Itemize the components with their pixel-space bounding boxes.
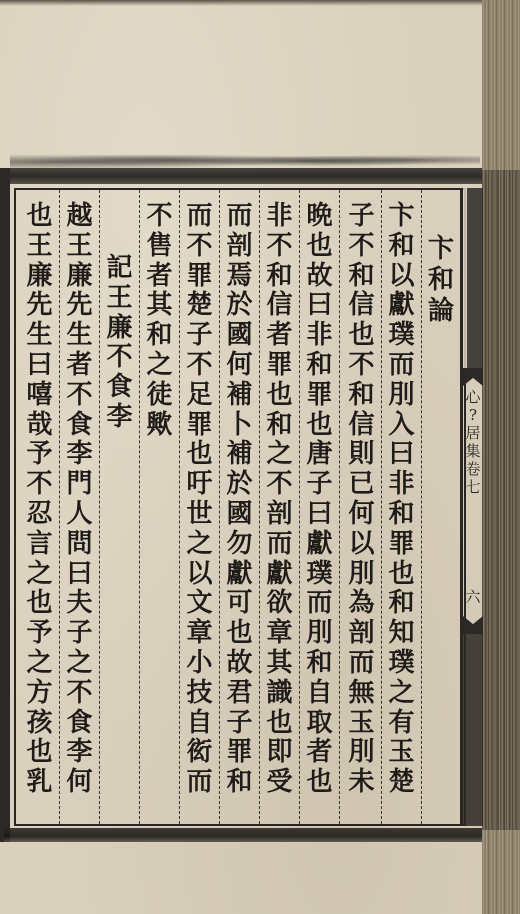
character: 不 [348,232,374,262]
character: 也 [226,619,252,649]
character: 玉 [388,738,414,768]
character: 子 [186,321,212,351]
column-text: 卞和以獻璞而刖入曰非和罪也和知璞之有玉楚 [388,202,414,798]
character: 則 [348,440,374,470]
character: 非 [266,202,292,232]
character: 而 [186,768,212,798]
character: 璞 [388,649,414,679]
character: 何 [226,351,252,381]
fold-margin-banxin: 心?居集卷七 六 [462,188,482,826]
character: 之 [266,440,292,470]
character: 補 [226,381,252,411]
character: 徒 [146,381,172,411]
character: 不 [26,470,52,500]
character: 卷 [465,460,480,478]
character: 和 [348,262,374,292]
character: 其 [266,649,292,679]
character: 剖 [266,500,292,530]
column-text: 而剖焉於國何補卜補於國勿獻可也故君子罪和 [226,202,252,798]
column-text: 也王廉先生曰嘻哉予不忍言之也予之方孩也乳 [26,202,52,798]
character: ? [469,406,477,424]
character: 之 [146,351,172,381]
character: 玉 [348,709,374,739]
essay-2-column-1: 越王廉先生者不食李門人問曰夫子之不食李何 [60,190,100,824]
character: 不 [266,232,292,262]
character: 子 [348,202,374,232]
character: 其 [146,291,172,321]
character: 衒 [186,738,212,768]
character: 問 [66,530,92,560]
character: 自 [306,679,332,709]
black-mouth-bottom [463,634,483,826]
character: 李 [106,403,132,433]
character: 乳 [26,768,52,798]
character: 故 [306,262,332,292]
character: 售 [146,232,172,262]
character: 之 [186,530,212,560]
character: 知 [388,619,414,649]
character: 不 [186,232,212,262]
character: 楚 [388,768,414,798]
character: 刖 [388,381,414,411]
character: 不 [266,470,292,500]
character: 生 [26,321,52,351]
character: 門 [66,470,92,500]
character: 可 [226,589,252,619]
fish-tail-bottom-icon [463,616,483,634]
character: 廉 [26,262,52,292]
character: 晩 [306,202,332,232]
character: 不 [66,679,92,709]
character: 已 [348,470,374,500]
character: 罪 [186,411,212,441]
character: 和 [388,589,414,619]
character: 不 [348,351,374,381]
character: 而 [388,351,414,381]
fish-tail-top-icon [463,368,483,386]
character: 有 [388,709,414,739]
character: 和 [146,321,172,351]
top-shadow [0,0,520,6]
character: 卞 [388,202,414,232]
character: 也 [26,738,52,768]
character: 嘻 [26,381,52,411]
column-text: 不售者其和之徒歟 [146,202,172,440]
character: 子 [66,619,92,649]
character: 食 [66,411,92,441]
character: 和 [266,262,292,292]
character: 王 [66,232,92,262]
character: 而 [226,202,252,232]
essay-2-title: 記王廉不食李 [106,254,132,433]
character: 罪 [266,351,292,381]
character: 璞 [306,560,332,590]
column-text: 越王廉先生者不食李門人問曰夫子之不食李何 [66,202,92,798]
character: 也 [266,709,292,739]
character: 而 [306,589,332,619]
character: 未 [348,768,374,798]
character: 取 [306,709,332,739]
character: 也 [26,202,52,232]
character: 獻 [388,291,414,321]
character: 和 [388,500,414,530]
character: 者 [146,262,172,292]
character: 補 [226,440,252,470]
essay-1-title-column: 卞和論 [422,190,462,824]
character: 也 [306,768,332,798]
essay-2-column-2: 也王廉先生曰嘻哉予不忍言之也予之方孩也乳 [20,190,60,824]
character: 入 [388,411,414,441]
character: 技 [186,679,212,709]
character: 子 [226,709,252,739]
column-text: 晩也故曰非和罪也唐子曰獻璞而刖和自取者也 [306,202,332,798]
character: 璞 [388,321,414,351]
column-text: 子不和信也不和信則已何以刖為剖而無玉刖未 [348,202,374,798]
character: 非 [388,470,414,500]
character: 者 [66,351,92,381]
character: 集 [465,442,480,460]
character: 人 [66,500,92,530]
character: 也 [186,440,212,470]
character: 章 [266,619,292,649]
character: 而 [186,202,212,232]
character: 為 [348,589,374,619]
character: 剖 [226,232,252,262]
character: 獻 [266,560,292,590]
character: 歟 [146,411,172,441]
character: 夫 [66,589,92,619]
fold-page-number: 六 [464,586,482,607]
left-border-band [0,168,10,842]
character: 曰 [66,560,92,590]
character: 剖 [348,619,374,649]
character: 方 [26,679,52,709]
character: 識 [266,679,292,709]
character: 曰 [388,440,414,470]
character: 和 [428,265,454,296]
character: 罪 [186,262,212,292]
character: 故 [226,649,252,679]
character: 之 [66,649,92,679]
character: 也 [306,411,332,441]
character: 居 [465,424,480,442]
character: 勿 [226,530,252,560]
essay-1-column-4: 非不和信者罪也和之不剖而獻欲章其識也即受 [260,190,300,824]
character: 之 [26,560,52,590]
character: 於 [226,470,252,500]
character: 忍 [26,500,52,530]
character: 於 [226,291,252,321]
character: 者 [266,321,292,351]
character: 吁 [186,470,212,500]
character: 李 [66,440,92,470]
ink-smudge [10,148,480,168]
essay-1-column-3: 晩也故曰非和罪也唐子曰獻璞而刖和自取者也 [300,190,340,824]
character: 信 [348,411,374,441]
character: 也 [348,321,374,351]
character: 而 [348,649,374,679]
character: 王 [106,284,132,314]
character: 和 [348,381,374,411]
character: 廉 [66,262,92,292]
character: 非 [306,321,332,351]
character: 孩 [26,709,52,739]
character: 信 [348,291,374,321]
character: 不 [106,343,132,373]
character: 獻 [306,530,332,560]
essay-1-title: 卞和論 [428,234,454,327]
column-text: 而不罪楚子不足罪也吁世之以文章小技自衒而 [186,202,212,798]
character: 和 [306,351,332,381]
character: 先 [26,291,52,321]
essay-1-column-6: 而不罪楚子不足罪也吁世之以文章小技自衒而 [180,190,220,824]
essay-1-column-5: 而剖焉於國何補卜補於國勿獻可也故君子罪和 [220,190,260,824]
character: 曰 [26,351,52,381]
character: 食 [106,373,132,403]
black-mouth-top [463,188,483,368]
fold-book-title: 心?居集卷七 [464,388,482,496]
character: 以 [348,530,374,560]
essay-1-column-2: 子不和信也不和信則已何以刖為剖而無玉刖未 [342,190,382,824]
character: 卞 [428,234,454,265]
character: 廉 [106,314,132,344]
character: 曰 [306,500,332,530]
character: 無 [348,679,374,709]
character: 罪 [226,738,252,768]
character: 何 [348,500,374,530]
character: 即 [266,738,292,768]
character: 越 [66,202,92,232]
character: 予 [26,619,52,649]
character: 以 [186,560,212,590]
character: 也 [266,381,292,411]
character: 食 [66,709,92,739]
character: 和 [226,768,252,798]
character: 國 [226,321,252,351]
character: 國 [226,500,252,530]
character: 小 [186,649,212,679]
top-border-band [4,168,482,184]
character: 罪 [306,381,332,411]
character: 信 [266,291,292,321]
character: 足 [186,381,212,411]
character: 言 [26,530,52,560]
essay-2-title-column: 記王廉不食李 [100,190,140,824]
character: 王 [26,232,52,262]
character: 楚 [186,291,212,321]
essay-1-column-1: 卞和以獻璞而刖入曰非和罪也和知璞之有玉楚 [382,190,422,824]
character: 心 [465,388,480,406]
character: 和 [306,649,332,679]
character: 罪 [388,530,414,560]
column-text: 非不和信者罪也和之不剖而獻欲章其識也即受 [266,202,292,798]
character: 文 [186,589,212,619]
character: 而 [266,530,292,560]
character: 獻 [226,560,252,590]
essay-1-column-7: 不售者其和之徒歟 [140,190,180,824]
character: 焉 [226,262,252,292]
character: 自 [186,709,212,739]
character: 君 [226,679,252,709]
character: 也 [26,589,52,619]
character: 唐 [306,440,332,470]
character: 哉 [26,411,52,441]
character: 也 [306,232,332,262]
character: 子 [306,470,332,500]
character: 刖 [348,738,374,768]
bottom-border-band [4,828,482,842]
book-title-text: 心?居集卷七 [465,388,480,496]
character: 予 [26,440,52,470]
character: 和 [388,232,414,262]
character: 世 [186,500,212,530]
character: 受 [266,768,292,798]
character: 欲 [266,589,292,619]
character: 七 [465,478,480,496]
character: 者 [306,738,332,768]
character: 記 [106,254,132,284]
character: 不 [66,381,92,411]
character: 生 [66,321,92,351]
character: 不 [186,351,212,381]
character: 何 [66,768,92,798]
character: 先 [66,291,92,321]
character: 也 [388,560,414,590]
character: 卜 [226,411,252,441]
character: 章 [186,619,212,649]
character: 之 [388,679,414,709]
character: 李 [66,738,92,768]
character: 刖 [348,560,374,590]
stacked-page-edges [482,0,520,914]
character: 不 [146,202,172,232]
character: 論 [428,296,454,327]
character: 以 [388,262,414,292]
character: 刖 [306,619,332,649]
character: 之 [26,649,52,679]
character: 和 [266,411,292,441]
character: 曰 [306,291,332,321]
